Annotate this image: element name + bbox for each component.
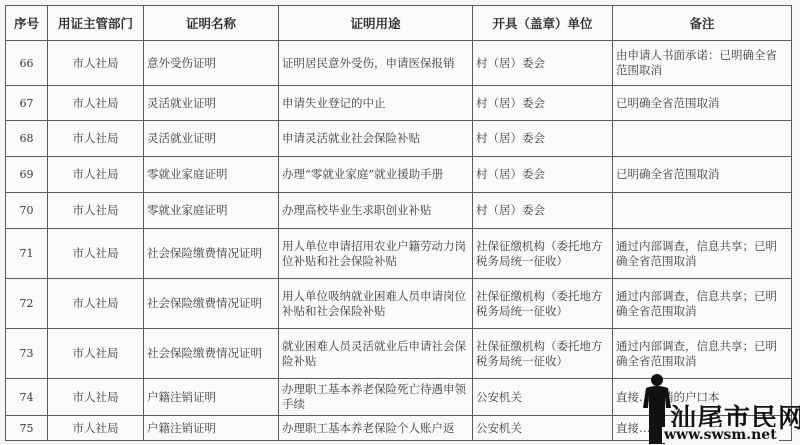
cell-name: 零就业家庭证明 — [144, 193, 279, 229]
header-note: 备注 — [613, 6, 792, 41]
cell-dept: 市人社局 — [48, 329, 144, 379]
cell-name: 零就业家庭证明 — [144, 157, 279, 193]
cell-note: 直接… — [613, 416, 792, 441]
cell-num: 72 — [6, 279, 48, 329]
cell-use: 申请失业登记的中止 — [279, 86, 473, 121]
header-num: 序号 — [6, 6, 48, 41]
table-row: 75 市人社局 户籍注销证明 办理职工基本养老保险个人账户返 公安机关 直接… — [6, 416, 792, 441]
cell-unit: 公安机关 — [473, 416, 613, 441]
cell-name: 户籍注销证明 — [144, 416, 279, 441]
cell-note: 直接…注销的户口本 — [613, 379, 792, 416]
header-name: 证明名称 — [144, 6, 279, 41]
cell-name: 户籍注销证明 — [144, 379, 279, 416]
cell-dept: 市人社局 — [48, 416, 144, 441]
cell-unit: 村（居）委会 — [473, 157, 613, 193]
cell-dept: 市人社局 — [48, 121, 144, 157]
cell-note: 已明确全省范围取消 — [613, 157, 792, 193]
cell-num: 74 — [6, 379, 48, 416]
cell-use: 用人单位吸纳就业困难人员申请岗位补贴和社会保险补贴 — [279, 279, 473, 329]
cell-use: 就业困难人员灵活就业后申请社会保险补贴 — [279, 329, 473, 379]
cell-num: 68 — [6, 121, 48, 157]
cell-unit: 村（居）委会 — [473, 41, 613, 86]
cell-name: 社会保险缴费情况证明 — [144, 329, 279, 379]
cell-name: 灵活就业证明 — [144, 86, 279, 121]
cell-unit: 村（居）委会 — [473, 121, 613, 157]
cell-num: 69 — [6, 157, 48, 193]
cell-num: 67 — [6, 86, 48, 121]
cell-name: 社会保险缴费情况证明 — [144, 279, 279, 329]
cell-dept: 市人社局 — [48, 193, 144, 229]
table-row: 72 市人社局 社会保险缴费情况证明 用人单位吸纳就业困难人员申请岗位补贴和社会… — [6, 279, 792, 329]
cell-note: 通过内部调查，信息共享；已明确全省范围取消 — [613, 229, 792, 279]
cell-name: 灵活就业证明 — [144, 121, 279, 157]
cell-num: 70 — [6, 193, 48, 229]
table-row: 73 市人社局 社会保险缴费情况证明 就业困难人员灵活就业后申请社会保险补贴 社… — [6, 329, 792, 379]
cell-use: 用人单位申请招用农业户籍劳动力岗位补贴和社会保险补贴 — [279, 229, 473, 279]
cell-note — [613, 121, 792, 157]
cell-use: 办理“零就业家庭”就业援助手册 — [279, 157, 473, 193]
cell-unit: 公安机关 — [473, 379, 613, 416]
cell-unit: 社保征缴机构（委托地方税务局统一征收） — [473, 279, 613, 329]
cell-dept: 市人社局 — [48, 157, 144, 193]
table-row: 66 市人社局 意外受伤证明 证明居民意外受伤，申请医保报销 村（居）委会 由申… — [6, 41, 792, 86]
cell-dept: 市人社局 — [48, 279, 144, 329]
cell-unit: 村（居）委会 — [473, 193, 613, 229]
table-row: 67 市人社局 灵活就业证明 申请失业登记的中止 村（居）委会 已明确全省范围取… — [6, 86, 792, 121]
cell-unit: 社保征缴机构（委托地方税务局统一征收） — [473, 229, 613, 279]
cell-note: 通过内部调查，信息共享；已明确全省范围取消 — [613, 279, 792, 329]
cell-note: 通过内部调查，信息共享；已明确全省范围取消 — [613, 329, 792, 379]
header-dept: 用证主管部门 — [48, 6, 144, 41]
document-sheet: 序号 用证主管部门 证明名称 证明用途 开具（盖章）单位 备注 66 市人社局 … — [5, 5, 791, 439]
cell-note: 由申请人书面承诺：已明确全省范围取消 — [613, 41, 792, 86]
cell-num: 71 — [6, 229, 48, 279]
certificate-table: 序号 用证主管部门 证明名称 证明用途 开具（盖章）单位 备注 66 市人社局 … — [5, 5, 792, 441]
cell-name: 社会保险缴费情况证明 — [144, 229, 279, 279]
cell-use: 办理高校毕业生求职创业补贴 — [279, 193, 473, 229]
cell-note — [613, 193, 792, 229]
cell-name: 意外受伤证明 — [144, 41, 279, 86]
cell-dept: 市人社局 — [48, 86, 144, 121]
cell-note: 已明确全省范围取消 — [613, 86, 792, 121]
cell-use: 办理职工基本养老保险个人账户返 — [279, 416, 473, 441]
table-row: 69 市人社局 零就业家庭证明 办理“零就业家庭”就业援助手册 村（居）委会 已… — [6, 157, 792, 193]
cell-unit: 村（居）委会 — [473, 86, 613, 121]
table-row: 74 市人社局 户籍注销证明 办理职工基本养老保险死亡待遇申领手续 公安机关 直… — [6, 379, 792, 416]
table-row: 68 市人社局 灵活就业证明 申请灵活就业社会保险补贴 村（居）委会 — [6, 121, 792, 157]
cell-num: 75 — [6, 416, 48, 441]
table-row: 71 市人社局 社会保险缴费情况证明 用人单位申请招用农业户籍劳动力岗位补贴和社… — [6, 229, 792, 279]
cell-use: 证明居民意外受伤，申请医保报销 — [279, 41, 473, 86]
cell-num: 66 — [6, 41, 48, 86]
cell-use: 申请灵活就业社会保险补贴 — [279, 121, 473, 157]
cell-dept: 市人社局 — [48, 229, 144, 279]
header-unit: 开具（盖章）单位 — [473, 6, 613, 41]
cell-dept: 市人社局 — [48, 41, 144, 86]
cell-use: 办理职工基本养老保险死亡待遇申领手续 — [279, 379, 473, 416]
cell-num: 73 — [6, 329, 48, 379]
table-header-row: 序号 用证主管部门 证明名称 证明用途 开具（盖章）单位 备注 — [6, 6, 792, 41]
header-use: 证明用途 — [279, 6, 473, 41]
table-row: 70 市人社局 零就业家庭证明 办理高校毕业生求职创业补贴 村（居）委会 — [6, 193, 792, 229]
cell-dept: 市人社局 — [48, 379, 144, 416]
cell-unit: 社保征缴机构（委托地方税务局统一征收） — [473, 329, 613, 379]
